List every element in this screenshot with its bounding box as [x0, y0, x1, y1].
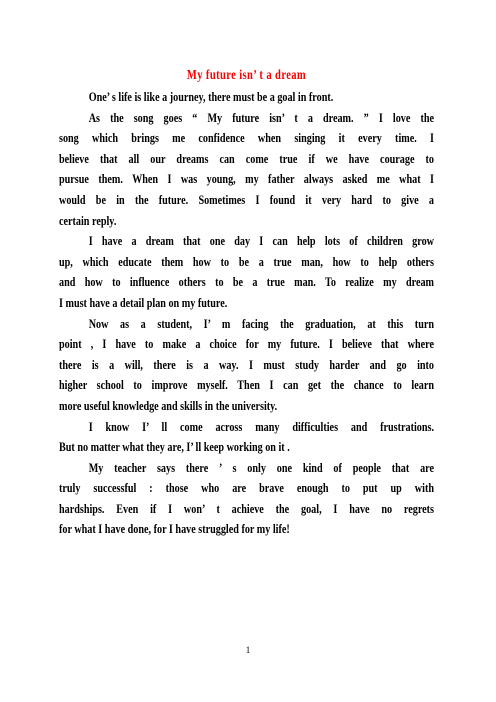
text-line: One’ s life is like a journey, there mus… [59, 87, 434, 108]
text-line: I must have a detail plan on my future. [59, 293, 434, 314]
text-line: truly successful : those who are brave e… [59, 478, 434, 499]
text-line: Now as a student, I’ m facing the gradua… [59, 314, 434, 335]
text-line: I have a dream that one day I can help l… [59, 231, 434, 252]
text-line: for what I have done, for I have struggl… [59, 519, 434, 540]
text-line: As the song goes “ My future isn’ t a dr… [59, 108, 434, 129]
text-line: But no matter what they are, I’ ll keep … [59, 437, 434, 458]
page-number: 1 [0, 645, 496, 655]
text-line: certain reply. [59, 211, 434, 232]
text-line: up, which educate them how to be a true … [59, 252, 434, 273]
text-line: and how to influence others to be a true… [59, 272, 434, 293]
text-line: I know I’ ll come across many difficulti… [59, 417, 434, 438]
text-line: higher school to improve myself. Then I … [59, 375, 434, 396]
text-line: would be in the future. Sometimes I foun… [59, 190, 434, 211]
paragraph: I know I’ ll come across many difficulti… [59, 417, 434, 458]
text-line: believe that all our dreams can come tru… [59, 149, 434, 170]
text-line: hardships. Even if I won’ t achieve the … [59, 499, 434, 520]
essay-title: My future isn’ t a dream [59, 64, 434, 86]
text-line: more useful knowledge and skills in the … [59, 396, 434, 417]
text-line: pursue them. When I was young, my father… [59, 169, 434, 190]
text-line: song which brings me confidence when sin… [59, 128, 434, 149]
text-line: point , I have to make a choice for my f… [59, 334, 434, 355]
paragraph: My teacher says there ’ s only one kind … [59, 458, 434, 540]
paragraph: I have a dream that one day I can help l… [59, 231, 434, 313]
document-page: My future isn’ t a dream One’ s life is … [0, 0, 496, 702]
text-line: there is a will, there is a way. I must … [59, 355, 434, 376]
paragraph: As the song goes “ My future isn’ t a dr… [59, 108, 434, 232]
text-line: My teacher says there ’ s only one kind … [59, 458, 434, 479]
paragraph: One’ s life is like a journey, there mus… [59, 87, 434, 108]
paragraph: Now as a student, I’ m facing the gradua… [59, 314, 434, 417]
essay-body: One’ s life is like a journey, there mus… [59, 87, 434, 540]
